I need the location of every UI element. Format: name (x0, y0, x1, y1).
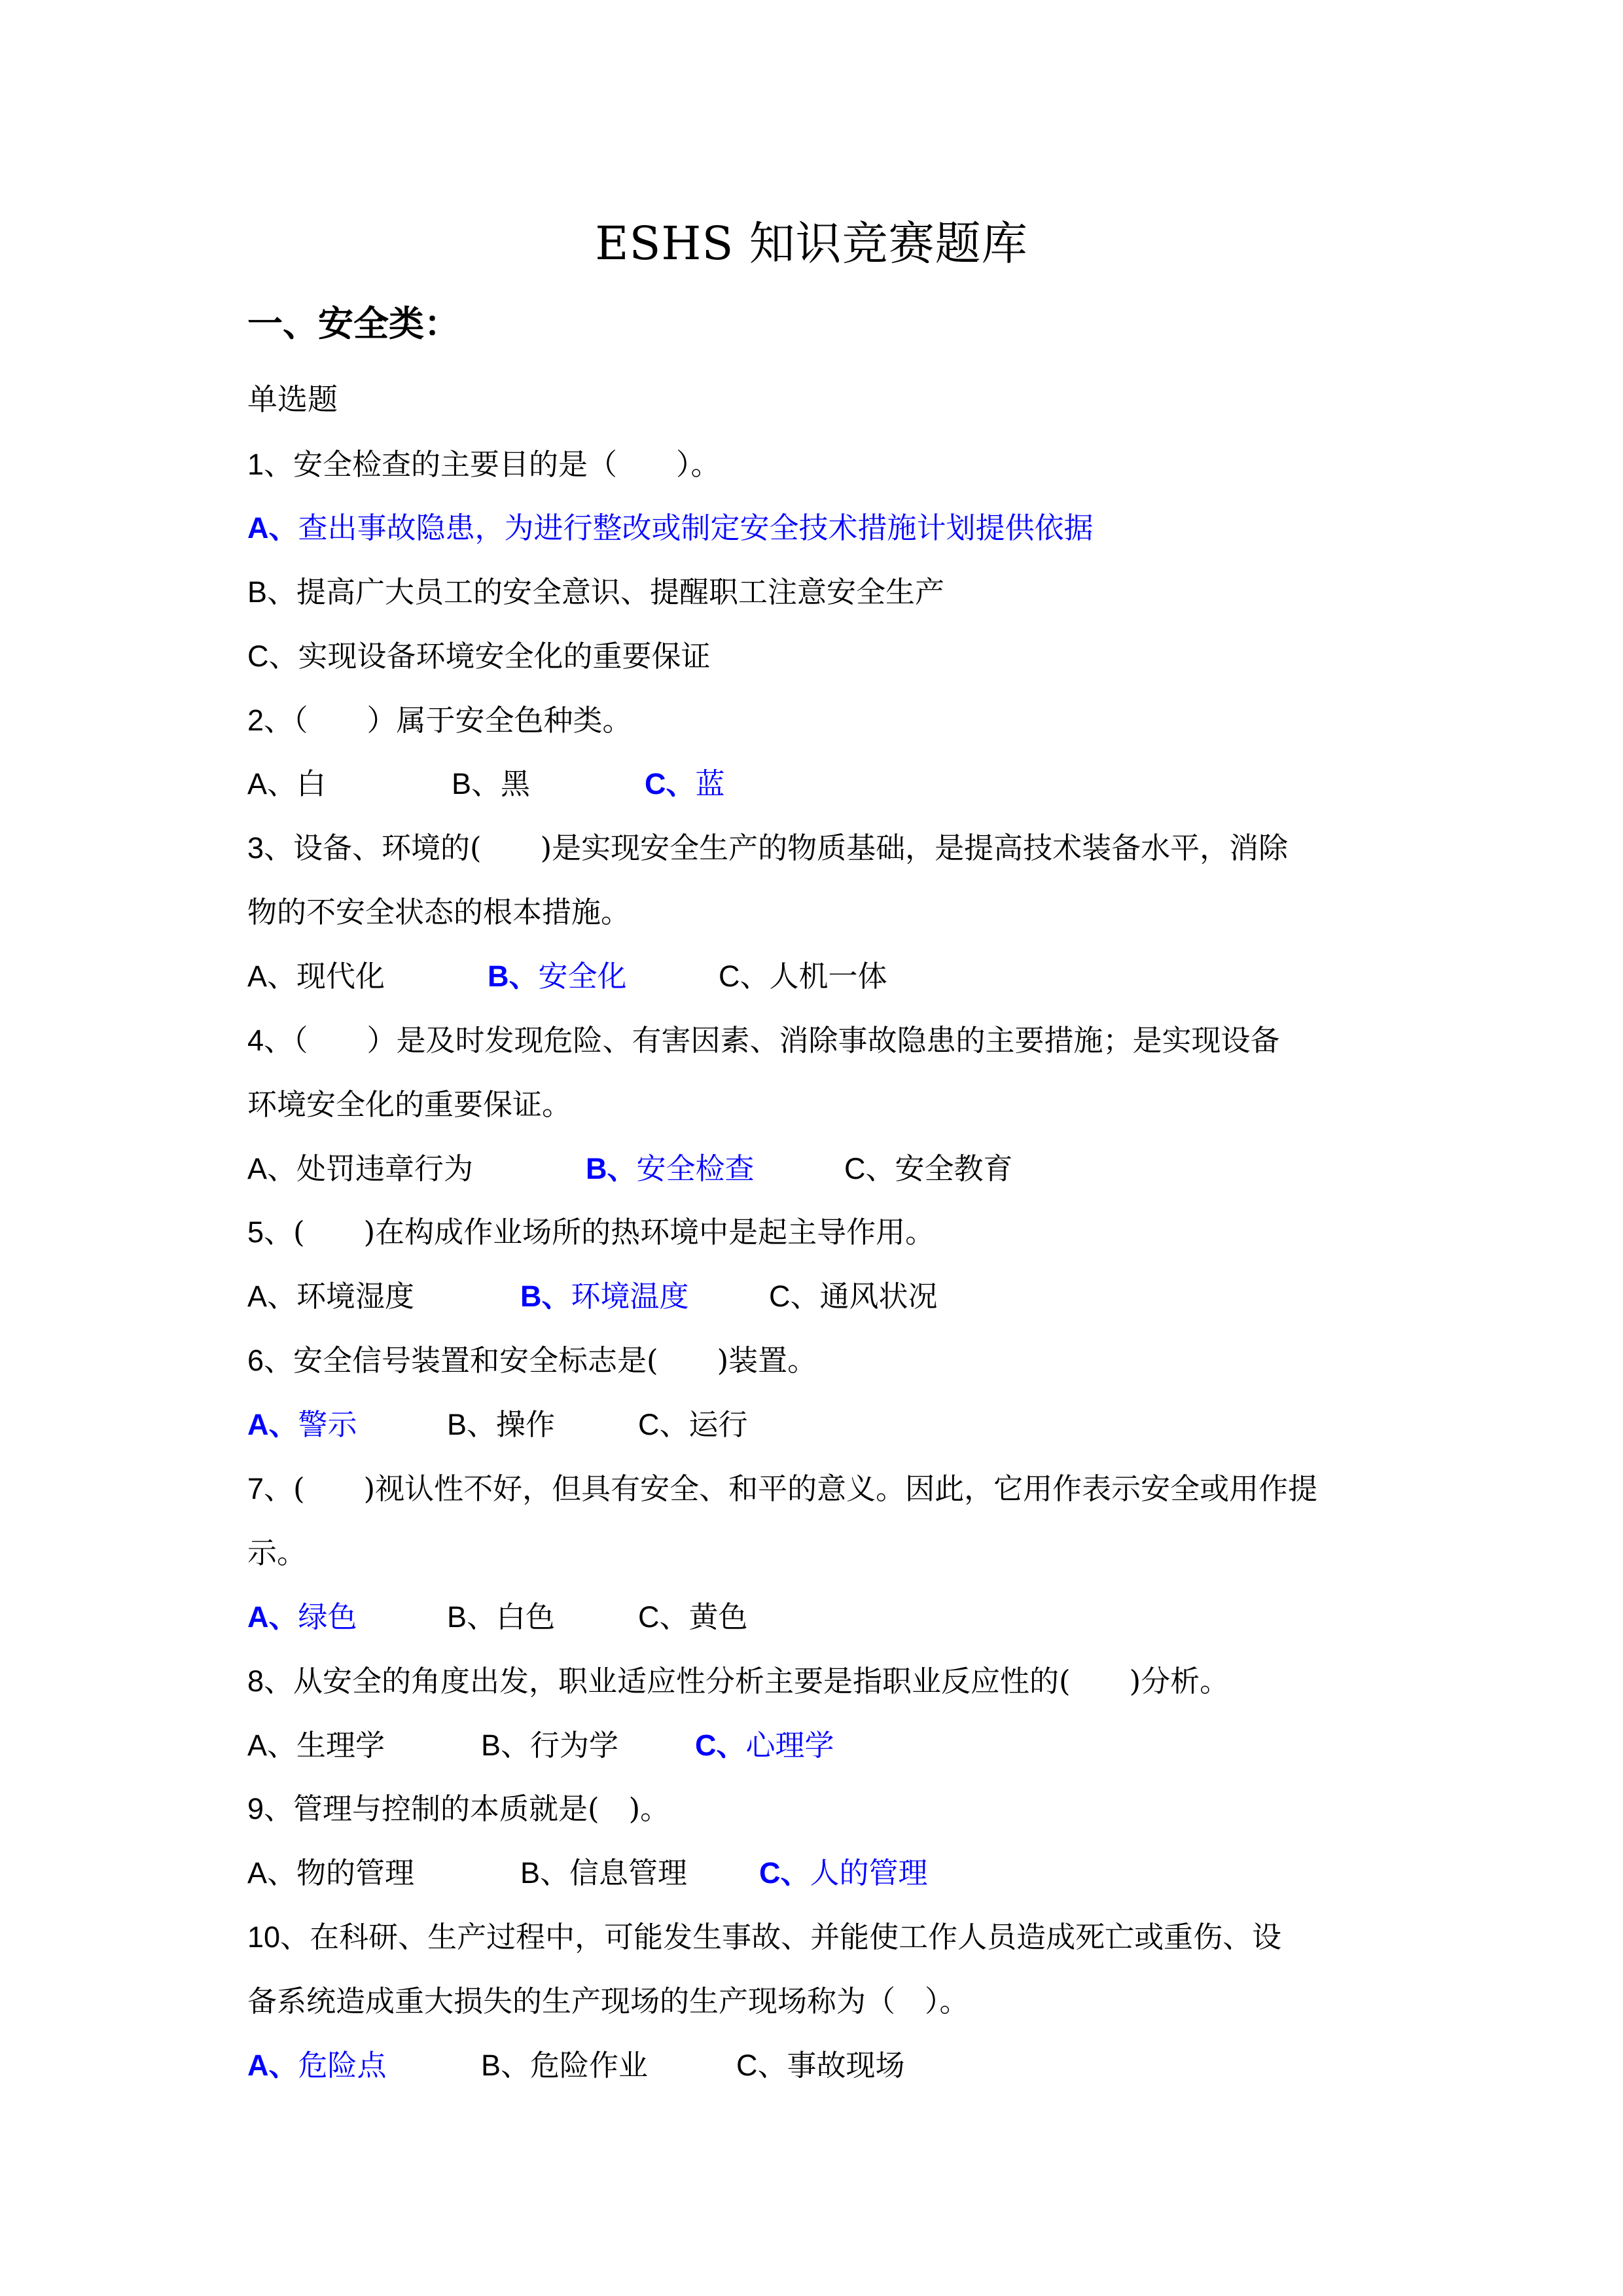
option-label: C、 (759, 1856, 810, 1890)
question-text: 物的不安全状态的根本措施。 (247, 895, 630, 929)
option-label: A、 (247, 1600, 298, 1634)
question-text: （ ）属于安全色种类。 (293, 703, 632, 738)
option-text: 实现设备环境安全化的重要保证 (298, 639, 711, 673)
subsection-single-choice: 单选题 (247, 378, 338, 420)
option-text: 蓝 (696, 766, 725, 801)
question-4-stem-line-2: 环境安全化的重要保证。 (247, 1082, 571, 1128)
option-text: 危险作业 (530, 2048, 648, 2083)
option-text: 环境温度 (571, 1279, 689, 1314)
option-text: 安全教育 (895, 1151, 1013, 1186)
option-label: C、 (844, 1152, 895, 1185)
question-2-stem: 2、（ ）属于安全色种类。 (247, 698, 632, 744)
option-label: B、 (452, 767, 501, 800)
question-1-option-b: B、提高广大员工的安全意识、提醒职工注意安全生产 (247, 569, 944, 615)
option-text: 警示 (298, 1407, 357, 1442)
option-a: A、物的管理 (247, 1850, 414, 1896)
option-text: 通风状况 (820, 1279, 938, 1314)
option-label: C、 (736, 2049, 787, 2082)
question-9-options: A、物的管理 B、信息管理 C、人的管理 (247, 1850, 1360, 1896)
question-text: 示。 (247, 1535, 306, 1570)
option-b: B、行为学 (481, 1723, 618, 1768)
question-number: 5、 (247, 1215, 293, 1249)
question-3-stem-line-2: 物的不安全状态的根本措施。 (247, 889, 630, 935)
option-text: 人的管理 (810, 1856, 928, 1890)
option-text: 危险点 (298, 2048, 387, 2083)
option-a-correct: A、警示 (247, 1402, 357, 1448)
option-a-correct: A、危险点 (247, 2043, 387, 2089)
option-text: 操作 (496, 1407, 555, 1442)
option-text: 信息管理 (569, 1856, 687, 1890)
question-text: 从安全的角度出发，职业适应性分析主要是指职业反应性的( )分析。 (293, 1664, 1229, 1698)
option-c: C、通风状况 (769, 1274, 938, 1319)
option-text: 安全检查 (637, 1151, 755, 1186)
option-a: A、现代化 (247, 954, 385, 999)
option-label: C、 (695, 1729, 746, 1762)
question-text: ( )在构成作业场所的热环境中是起主导作用。 (293, 1215, 935, 1249)
option-b: B、黑 (452, 761, 530, 807)
option-a: A、环境湿度 (247, 1274, 414, 1319)
option-label: B、 (447, 1600, 496, 1634)
option-text: 运行 (689, 1407, 748, 1442)
option-text: 黑 (501, 766, 530, 801)
option-c: C、运行 (638, 1402, 748, 1448)
option-label: A、 (247, 1856, 296, 1890)
option-text: 环境湿度 (296, 1279, 414, 1314)
question-2-options: A、白 B、黑 C、蓝 (247, 761, 1360, 807)
option-c-correct: C、人的管理 (759, 1850, 928, 1896)
option-label: B、 (481, 2049, 530, 2082)
section-header-safety: 一、安全类： (247, 300, 459, 347)
option-text: 提高广大员工的安全意识、提醒职工注意安全生产 (296, 575, 944, 609)
option-text: 处罚违章行为 (296, 1151, 473, 1186)
option-a: A、白 (247, 761, 326, 807)
question-7-options: A、绿色 B、白色 C、黄色 (247, 1594, 1360, 1640)
question-8-options: A、生理学 B、行为学 C、心理学 (247, 1723, 1360, 1768)
option-label: B、 (520, 1856, 569, 1890)
question-number: 8、 (247, 1664, 293, 1698)
question-number: 3、 (247, 831, 293, 865)
option-b: B、危险作业 (481, 2043, 648, 2089)
option-label: C、 (638, 1408, 689, 1441)
option-label: A、 (247, 1280, 296, 1313)
question-6-stem: 6、安全信号装置和安全标志是( )装置。 (247, 1338, 817, 1384)
option-b: B、操作 (447, 1402, 555, 1448)
option-label: C、 (769, 1280, 820, 1313)
question-text: 安全信号装置和安全标志是( )装置。 (293, 1343, 817, 1378)
question-8-stem: 8、从安全的角度出发，职业适应性分析主要是指职业反应性的( )分析。 (247, 1659, 1229, 1704)
option-label: A、 (247, 2049, 298, 2082)
question-3-options: A、现代化 B、安全化 C、人机一体 (247, 954, 1360, 999)
question-1-stem: 1、安全检查的主要目的是（ ）。 (247, 442, 721, 488)
question-number: 1、 (247, 448, 293, 481)
question-text: 安全检查的主要目的是（ ）。 (293, 447, 721, 482)
option-text: 查出事故隐患，为进行整改或制定安全技术措施计划提供依据 (298, 511, 1094, 545)
option-label: B、 (586, 1152, 637, 1185)
option-c-correct: C、心理学 (695, 1723, 834, 1768)
option-text: 行为学 (530, 1728, 618, 1763)
question-9-stem: 9、管理与控制的本质就是( )。 (247, 1786, 669, 1832)
option-text: 安全化 (539, 959, 627, 994)
question-text: 管理与控制的本质就是( )。 (293, 1791, 669, 1826)
option-text: 白色 (496, 1600, 555, 1634)
option-c-correct: C、蓝 (645, 761, 725, 807)
question-10-stem-line-2: 备系统造成重大损失的生产现场的生产现场称为（ ）。 (247, 1979, 969, 2024)
option-text: 事故现场 (787, 2048, 905, 2083)
option-a-correct: A、绿色 (247, 1594, 357, 1640)
option-b-correct: B、环境温度 (520, 1274, 689, 1319)
option-label: A、 (247, 1408, 298, 1441)
option-label: B、 (447, 1408, 496, 1441)
question-4-options: A、处罚违章行为 B、安全检查 C、安全教育 (247, 1146, 1360, 1192)
question-text: 设备、环境的( )是实现安全生产的物质基础，是提高技术装备水平，消除 (293, 831, 1288, 865)
question-number: 7、 (247, 1472, 293, 1505)
question-7-stem-line-1: 7、( )视认性不好，但具有安全、和平的意义。因此，它用作表示安全或用作提 (247, 1466, 1317, 1512)
option-label: B、 (520, 1280, 571, 1313)
option-label: B、 (247, 575, 296, 609)
question-number: 2、 (247, 704, 293, 737)
document-page: ESHS 知识竞赛题库 一、安全类： 单选题 1、安全检查的主要目的是（ ）。 … (0, 0, 1623, 2296)
question-5-options: A、环境湿度 B、环境温度 C、通风状况 (247, 1274, 1360, 1319)
option-label: C、 (645, 767, 696, 800)
question-text: 备系统造成重大损失的生产现场的生产现场称为（ ）。 (247, 1984, 969, 2018)
question-1-option-a: A、查出事故隐患，为进行整改或制定安全技术措施计划提供依据 (247, 505, 1094, 551)
option-label: A、 (247, 1729, 296, 1762)
question-number: 6、 (247, 1344, 293, 1377)
option-label: A、 (247, 960, 296, 993)
option-label: C、 (719, 960, 770, 993)
option-label: C、 (247, 639, 298, 673)
option-c: C、事故现场 (736, 2043, 905, 2089)
question-6-options: A、警示 B、操作 C、运行 (247, 1402, 1360, 1448)
option-label: B、 (488, 960, 539, 993)
option-text: 物的管理 (296, 1856, 414, 1890)
option-c: C、安全教育 (844, 1146, 1013, 1192)
question-3-stem-line-1: 3、设备、环境的( )是实现安全生产的物质基础，是提高技术装备水平，消除 (247, 825, 1288, 871)
question-7-stem-line-2: 示。 (247, 1530, 306, 1576)
option-b: B、白色 (447, 1594, 555, 1640)
option-a: A、生理学 (247, 1723, 385, 1768)
question-number: 10、 (247, 1920, 310, 1954)
option-c: C、黄色 (638, 1594, 748, 1640)
question-1-option-c: C、实现设备环境安全化的重要保证 (247, 634, 711, 679)
question-5-stem: 5、( )在构成作业场所的热环境中是起主导作用。 (247, 1210, 935, 1255)
option-label: A、 (247, 1152, 296, 1185)
option-label: A、 (247, 767, 296, 800)
option-text: 白 (296, 766, 326, 801)
option-label: C、 (638, 1600, 689, 1634)
question-number: 4、 (247, 1024, 293, 1057)
question-text: 在科研、生产过程中，可能发生事故、并能使工作人员造成死亡或重伤、设 (310, 1920, 1281, 1954)
option-text: 生理学 (296, 1728, 385, 1763)
question-text: 环境安全化的重要保证。 (247, 1087, 571, 1122)
option-text: 人机一体 (770, 959, 887, 994)
option-b: B、信息管理 (520, 1850, 687, 1896)
option-c: C、人机一体 (719, 954, 887, 999)
document-title: ESHS 知识竞赛题库 (0, 211, 1623, 276)
question-10-options: A、危险点 B、危险作业 C、事故现场 (247, 2043, 1360, 2089)
option-text: 心理学 (746, 1728, 834, 1763)
question-number: 9、 (247, 1792, 293, 1825)
option-b-correct: B、安全检查 (586, 1146, 755, 1192)
question-10-stem-line-1: 10、在科研、生产过程中，可能发生事故、并能使工作人员造成死亡或重伤、设 (247, 1914, 1281, 1960)
option-label: A、 (247, 511, 298, 545)
option-a: A、处罚违章行为 (247, 1146, 473, 1192)
option-b-correct: B、安全化 (488, 954, 627, 999)
question-text: （ ）是及时发现危险、有害因素、消除事故隐患的主要措施；是实现设备 (293, 1023, 1280, 1058)
question-text: ( )视认性不好，但具有安全、和平的意义。因此，它用作表示安全或用作提 (293, 1471, 1317, 1506)
option-text: 绿色 (298, 1600, 357, 1634)
option-text: 黄色 (689, 1600, 748, 1634)
option-text: 现代化 (296, 959, 385, 994)
option-label: B、 (481, 1729, 530, 1762)
question-4-stem-line-1: 4、（ ）是及时发现危险、有害因素、消除事故隐患的主要措施；是实现设备 (247, 1018, 1280, 1064)
